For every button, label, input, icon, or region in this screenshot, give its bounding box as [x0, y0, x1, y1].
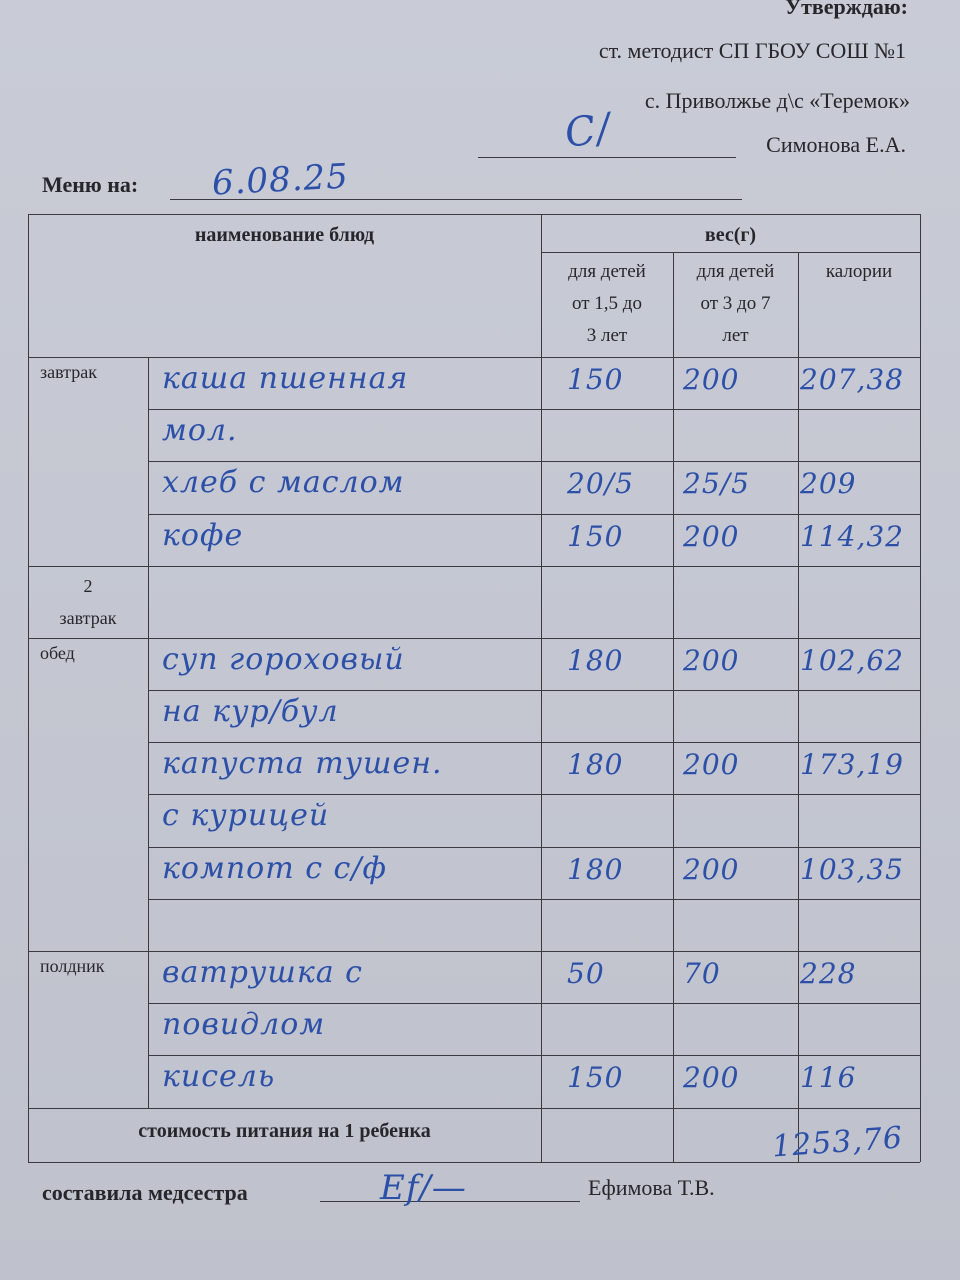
dish-name: капуста тушен. [162, 746, 443, 781]
table-rule [148, 1055, 920, 1056]
calories-value: 103,35 [800, 853, 904, 886]
table-rule [148, 742, 920, 743]
calories-value: 228 [800, 957, 856, 990]
composed-by-label: составила медсестра [42, 1180, 248, 1206]
table-rule [798, 252, 799, 1162]
table-rule [148, 899, 920, 900]
dish-name: кофе [162, 518, 243, 553]
menu-table: наименование блюдвес(г)для детейот 1,5 д… [0, 0, 960, 1280]
header-dish: наименование блюд [28, 224, 541, 247]
table-rule [28, 357, 920, 358]
table-rule [148, 1003, 920, 1004]
weight-3-7: 200 [683, 748, 739, 781]
dish-name: суп гороховый [162, 642, 405, 677]
dish-name: на кур/бул [162, 694, 339, 729]
table-rule [28, 638, 920, 639]
calories-value: 114,32 [800, 520, 904, 553]
table-rule [28, 214, 29, 1162]
table-rule [541, 252, 920, 253]
table-rule [148, 847, 920, 848]
header-age-1-5-3: для детейот 1,5 до3 лет [541, 256, 673, 352]
composed-signature: Ef/— [380, 1168, 467, 1208]
calories-value: 173,19 [800, 748, 904, 781]
table-rule [148, 357, 149, 1108]
weight-3-7: 200 [683, 644, 739, 677]
table-rule [28, 214, 920, 215]
calories-value: 116 [800, 1061, 856, 1094]
calories-value: 207,38 [800, 363, 904, 396]
weight-3-7: 200 [683, 520, 739, 553]
table-rule [28, 1108, 920, 1109]
weight-1-5-3: 150 [567, 520, 623, 553]
dish-name: компот с с/ф [162, 851, 387, 886]
meal-label: обед [28, 642, 148, 664]
weight-1-5-3: 50 [567, 957, 605, 990]
table-rule [148, 409, 920, 410]
dish-name: кисель [162, 1059, 275, 1094]
table-rule [148, 794, 920, 795]
weight-3-7: 200 [683, 363, 739, 396]
table-rule [920, 214, 921, 1162]
meal-label: полдник [28, 955, 148, 977]
cost-label: стоимость питания на 1 ребенка [28, 1120, 541, 1143]
weight-1-5-3: 150 [567, 1061, 623, 1094]
dish-name: мол. [162, 413, 238, 448]
meal-label: завтрак [28, 361, 148, 383]
calories-value: 209 [800, 467, 856, 500]
weight-1-5-3: 20/5 [567, 467, 634, 500]
dish-name: хлеб с маслом [162, 465, 405, 500]
table-rule [28, 951, 920, 952]
dish-name: повидлом [162, 1007, 325, 1042]
composed-by-name: Ефимова Т.В. [588, 1175, 715, 1201]
table-rule [541, 214, 542, 1162]
weight-1-5-3: 180 [567, 853, 623, 886]
dish-name: каша пшенная [162, 361, 408, 396]
calories-value: 102,62 [800, 644, 904, 677]
table-rule [148, 461, 920, 462]
dish-name: ватрушка с [162, 955, 363, 990]
weight-3-7: 25/5 [683, 467, 750, 500]
table-rule [148, 514, 920, 515]
table-rule [28, 566, 920, 567]
weight-3-7: 70 [683, 957, 721, 990]
header-weight: вес(г) [541, 224, 920, 247]
table-rule [148, 690, 920, 691]
header-age-3-7: для детейот 3 до 7лет [673, 256, 798, 352]
meal-label: 2завтрак [28, 570, 148, 634]
dish-name: с курицей [162, 798, 329, 833]
table-rule [673, 252, 674, 1162]
weight-3-7: 200 [683, 853, 739, 886]
weight-3-7: 200 [683, 1061, 739, 1094]
weight-1-5-3: 150 [567, 363, 623, 396]
header-calories: калории [798, 256, 920, 288]
weight-1-5-3: 180 [567, 644, 623, 677]
weight-1-5-3: 180 [567, 748, 623, 781]
